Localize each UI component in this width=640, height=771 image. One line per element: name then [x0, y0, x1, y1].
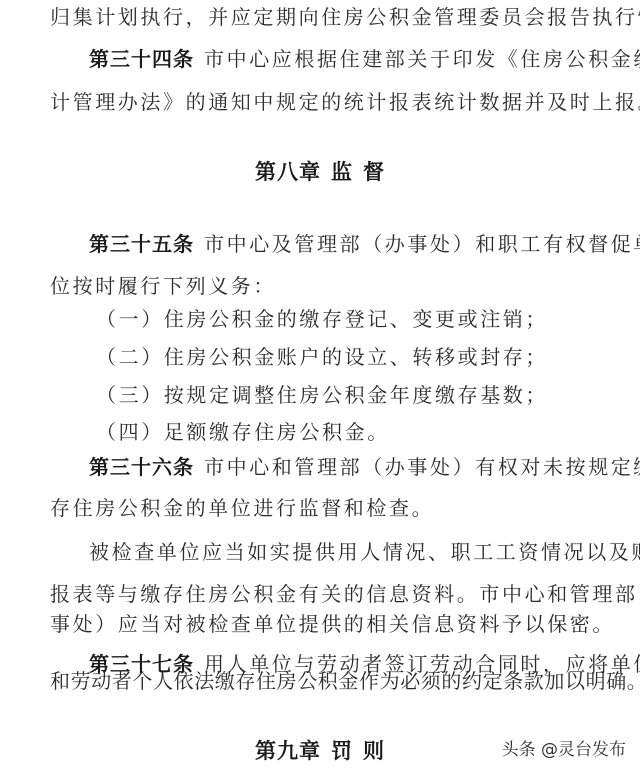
article-35-line-2: 位按时履行下列义务：	[50, 272, 276, 300]
article-number: 第三十四条	[89, 47, 194, 71]
article-text: 市中心及管理部（办事处）和职工有权督促单	[204, 232, 640, 256]
list-item: （一）住房公积金的缴存登记、变更或注销；	[96, 305, 548, 333]
article-37-line-2: 和劳动者个人依法缴存住房公积金作为必须的约定条款加以明确。	[50, 667, 640, 695]
chapter-title-part: 罚	[331, 739, 353, 763]
article-36-para2-line-2: 报表等与缴存住房公积金有关的信息资料。市中心和管理部（办	[50, 580, 640, 608]
paragraph-line: 归集计划执行，并应定期向住房公积金管理委员会报告执行情况。	[50, 3, 640, 31]
chapter-title-part: 监	[331, 160, 353, 184]
article-text: 市中心应根据住建部关于印发《住房公积金统	[204, 47, 640, 71]
list-item: （二）住房公积金账户的设立、转移或封存；	[96, 343, 548, 371]
article-36-para2-line-1: 被检查单位应当如实提供用人情况、职工工资情况以及财务	[89, 538, 640, 566]
chapter-8-heading: 第八章监督	[0, 158, 640, 186]
article-text: 市中心和管理部（办事处）有权对未按规定缴	[204, 455, 640, 479]
article-number: 第三十五条	[89, 232, 194, 256]
list-item: （三）按规定调整住房公积金年度缴存基数；	[96, 381, 548, 409]
article-number: 第三十六条	[89, 455, 194, 479]
watermark: 头条 @灵台发布	[502, 738, 626, 762]
article-36-para2-line-3: 事处）应当对被检查单位提供的相关信息资料予以保密。	[50, 610, 615, 638]
article-34-line-1: 第三十四条市中心应根据住建部关于印发《住房公积金统	[89, 45, 640, 73]
article-35-line-1: 第三十五条市中心及管理部（办事处）和职工有权督促单	[89, 230, 640, 258]
article-34-line-2: 计管理办法》的通知中规定的统计报表统计数据并及时上报。	[50, 88, 640, 116]
chapter-number: 第八章	[255, 160, 321, 184]
chapter-title-part: 督	[363, 160, 385, 184]
article-36-line-2: 存住房公积金的单位进行监督和检查。	[50, 494, 434, 522]
list-item: （四）足额缴存住房公积金。	[96, 418, 390, 446]
chapter-title-part: 则	[363, 739, 385, 763]
chapter-number: 第九章	[255, 739, 321, 763]
article-36-line-1: 第三十六条市中心和管理部（办事处）有权对未按规定缴	[89, 453, 640, 481]
